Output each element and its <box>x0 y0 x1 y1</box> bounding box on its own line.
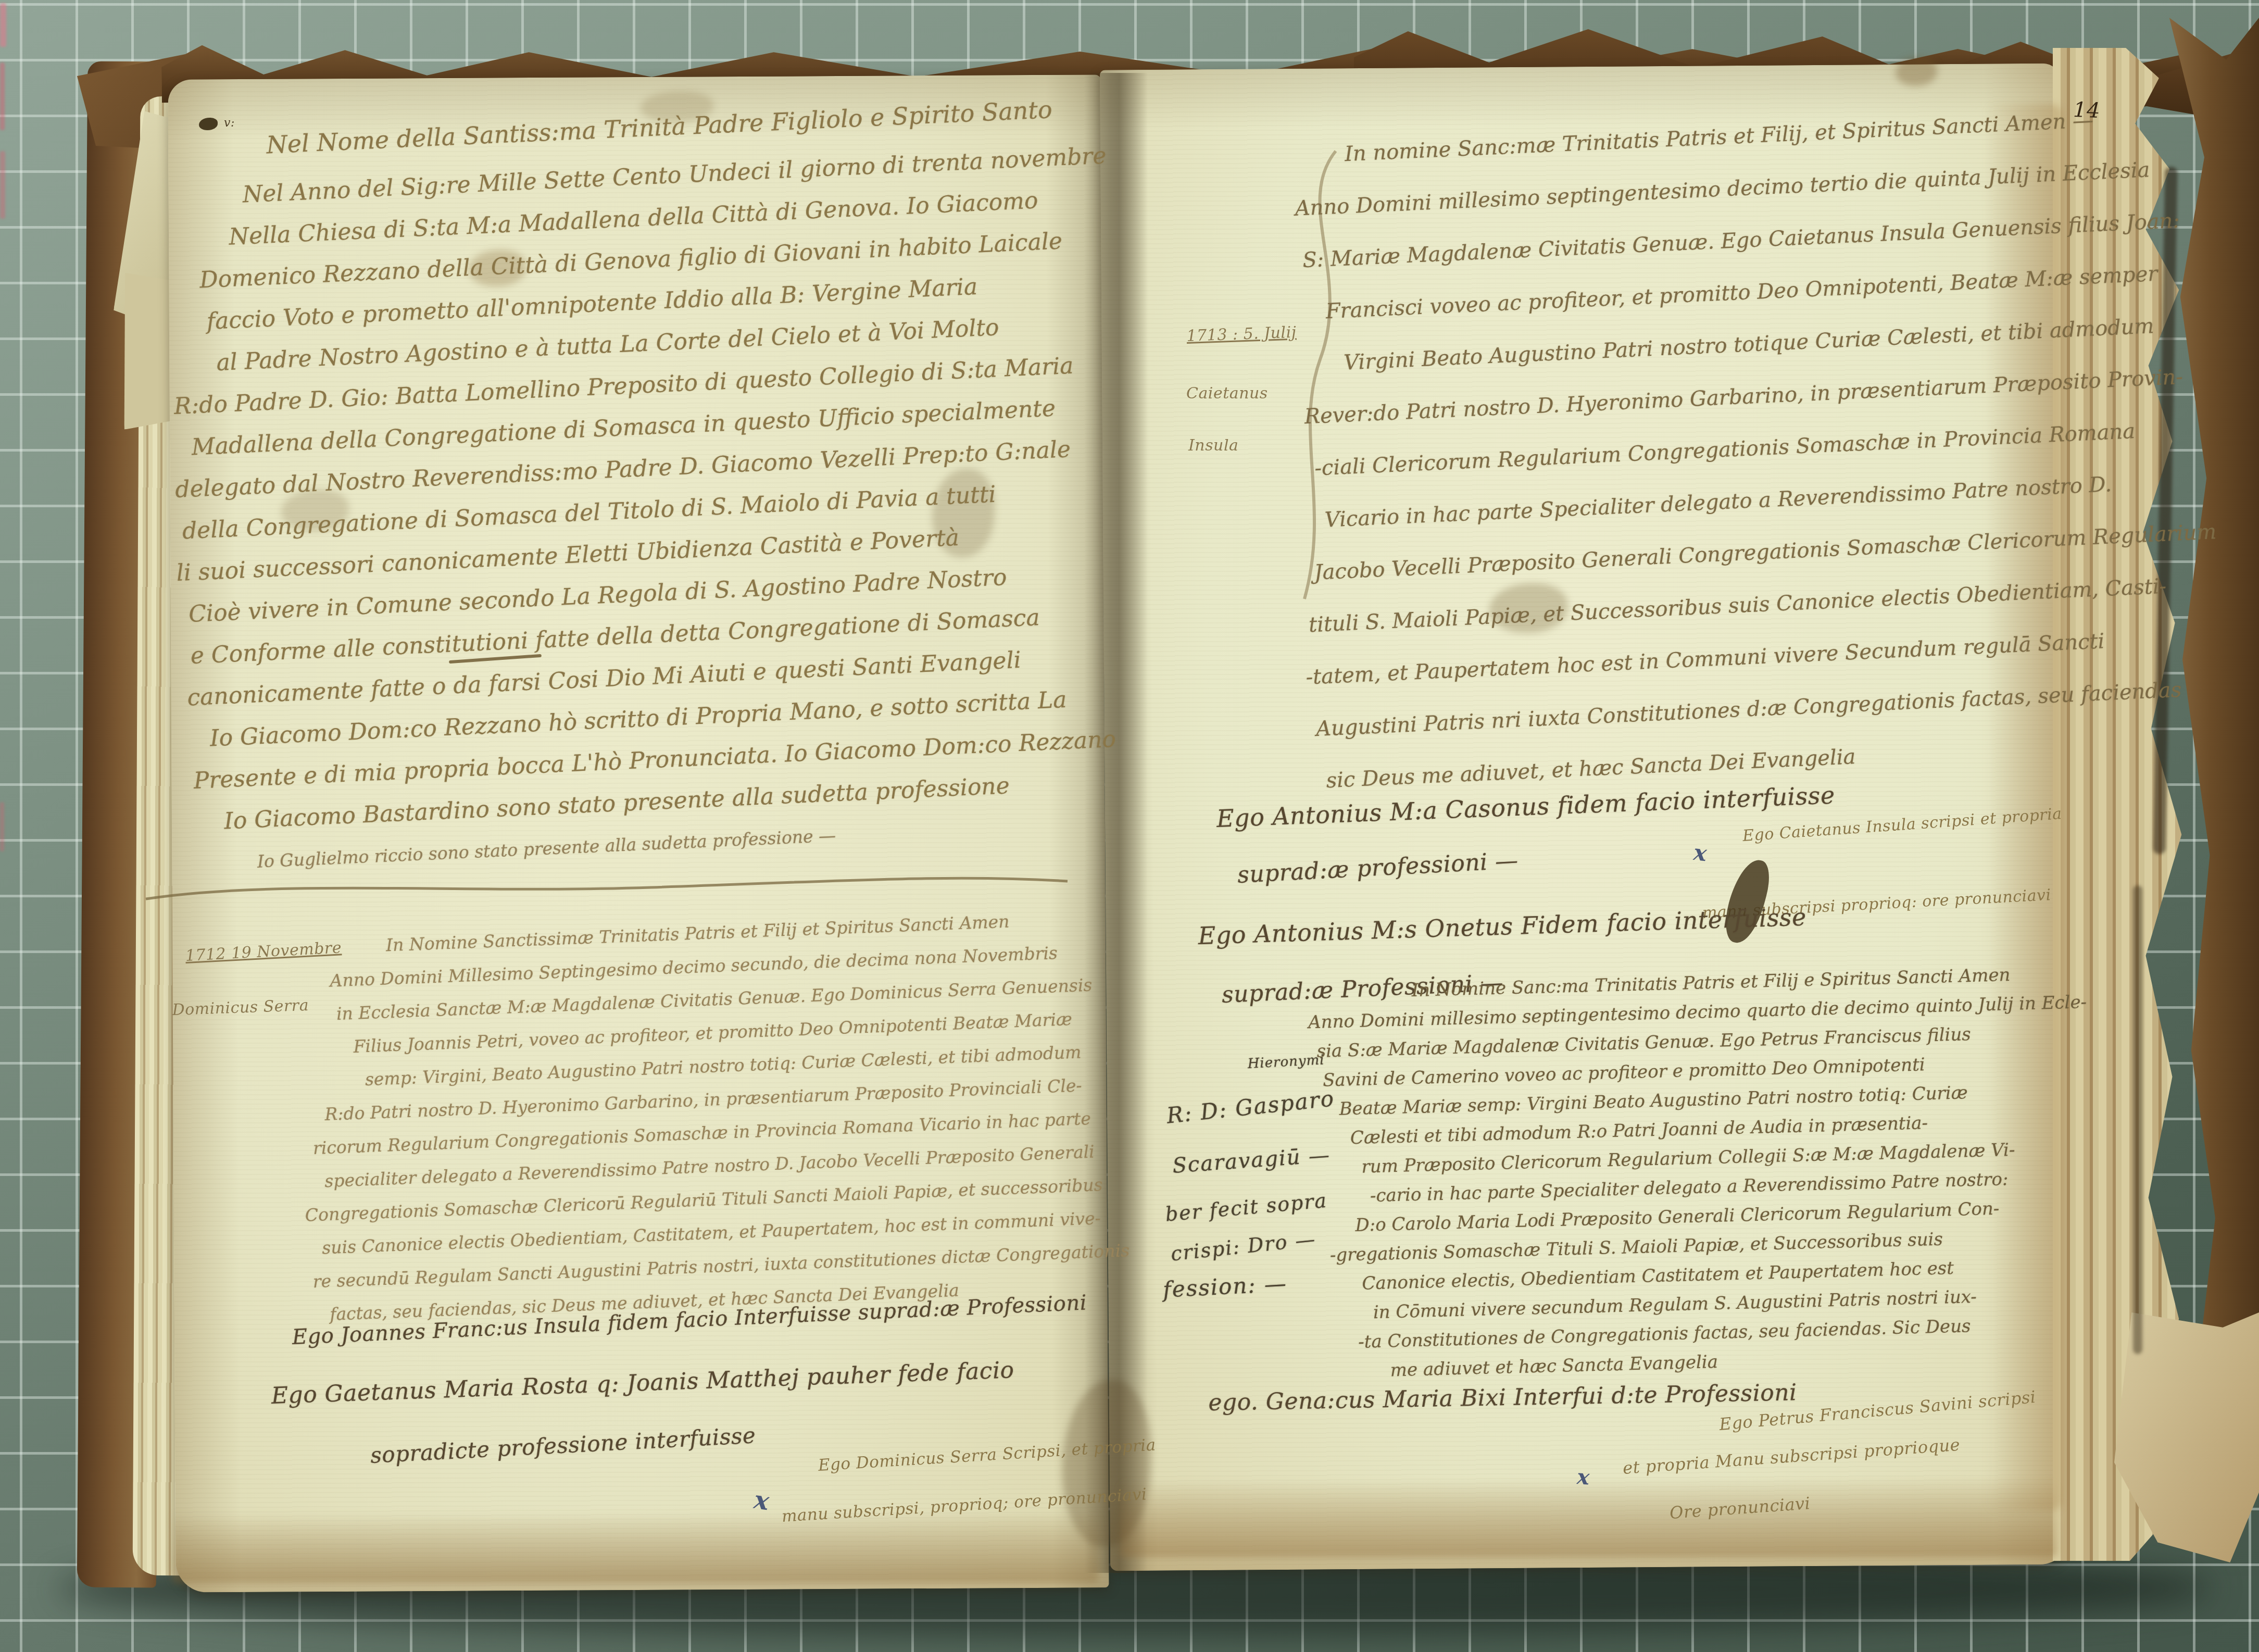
fore-edge-crack <box>2133 885 2142 1354</box>
page-bottom-browning <box>172 1510 1099 1583</box>
entry-1714-text: In Nomine Sanc:ma Trinitatis Patris et F… <box>1333 958 2096 1386</box>
mat-edge-red-mark <box>0 151 5 219</box>
margin-date-1713: 1713 : 5. Julij <box>1186 323 1297 345</box>
mat-edge-red-mark <box>0 62 5 130</box>
photo-stage: v: Nel Nome della Santiss:ma Trinità Pad… <box>0 0 2259 1652</box>
margin-name-insula: Insula <box>1188 436 1238 455</box>
entry-1713-text: In nomine Sanc:mæ Trinitatis Patris et F… <box>1302 90 2227 807</box>
stain <box>1896 57 1937 86</box>
x-mark: x <box>1692 840 1709 866</box>
entry-1711-text: Nel Nome della Santiss:ma Trinità Padre … <box>156 86 1137 885</box>
page-bottom-browning <box>1120 1479 2057 1557</box>
divider-flourish <box>141 869 1078 905</box>
margin-name-caietanus: Caietanus <box>1186 384 1268 403</box>
x-mark: x <box>1576 1465 1591 1490</box>
mat-edge-red-mark <box>0 3 6 47</box>
entry-1712-text: In Nomine Sanctissimæ Trinitatis Patris … <box>323 900 1132 1331</box>
mat-edge-red-mark <box>0 802 4 852</box>
